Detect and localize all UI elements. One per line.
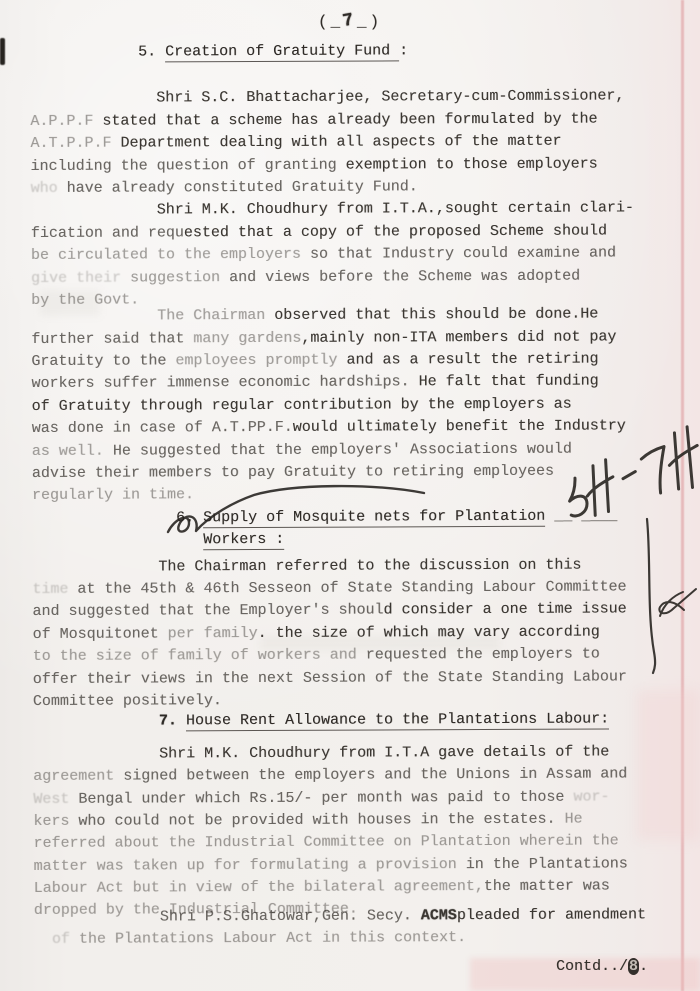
text-segment: observed that this should be done.He — [265, 306, 598, 324]
text-line: Shri S.C. Bhattacharjee, Secretary-cum-C… — [30, 86, 678, 111]
text-segment: exemption to those employers — [346, 155, 598, 173]
text-segment: 7. — [159, 713, 186, 730]
text-segment: signed between the employers and the Uni… — [114, 766, 627, 785]
text-segment: Labour Act but in view of the bilateral … — [34, 878, 484, 897]
text-line: The Chairman observed that this should b… — [31, 303, 679, 328]
text-segment: Gratuity to the — [31, 352, 175, 370]
text-segment: in the Plantations — [457, 855, 628, 873]
text-segment: regularly in time. — [32, 487, 194, 505]
paragraph-gratuity-fund-3: The Chairman observed that this should b… — [31, 303, 680, 507]
text-segment: who could not be provided with houses in… — [69, 811, 564, 830]
text-segment: employees promptly — [175, 352, 337, 370]
text-segment: many gardens — [193, 330, 301, 347]
paragraph-acms-plea: Shri P.S.Ghatowar,Gen. Secy. ACMSpleaded… — [34, 904, 682, 952]
text-segment: ested that a copy of the proposed Scheme… — [184, 222, 607, 241]
continuation-note: Contd../8. — [556, 958, 648, 975]
text-segment: House Rent Allowance to the Plantations … — [186, 711, 609, 732]
paragraph-gratuity-fund-2: Shri M.K. Choudhury from I.T.A.,sought c… — [31, 198, 679, 313]
text-segment: referred about the Industrial Committee … — [33, 833, 618, 853]
text-line: regularly in time. — [32, 483, 680, 508]
continuation-page-ref: 8 — [628, 958, 639, 975]
text-segment: requested the employers to — [366, 646, 600, 664]
text-segment: give their — [31, 269, 130, 286]
text-segment: and views before the Scheme was adopted — [220, 267, 580, 286]
text-segment: He falt that funding — [410, 373, 599, 391]
text-segment: A.P.P.F — [30, 113, 93, 130]
text-segment: fication and requ — [31, 224, 184, 242]
text-line: of Gratuity through regular contribution… — [32, 393, 680, 418]
text-line: The Chairman referred to the discussion … — [32, 554, 680, 579]
text-line: be circulated to the employers so that I… — [31, 242, 679, 267]
text-segment: suggestion — [130, 269, 220, 286]
text-line: offer their views in the next Session of… — [33, 666, 681, 691]
text-segment: ACMS — [421, 907, 457, 924]
text-line: Shri M.K. Choudhury from I.T.A.,sought c… — [31, 198, 679, 223]
text-line: advise their members to pay Gratuity to … — [32, 460, 680, 485]
text-line: Labour Act but in view of the bilateral … — [34, 875, 682, 900]
text-segment: of Mosquitonet — [33, 625, 168, 643]
text-line: Workers : — [32, 527, 680, 552]
text-line: referred about the Industrial Committee … — [33, 830, 681, 855]
text-segment: Shri P.S.Ghatowar,Gen. Secy. — [34, 907, 421, 926]
text-segment: Shri S.C. Bhattacharjee, Secretary-cum-C… — [30, 88, 624, 108]
text-segment — [30, 44, 138, 61]
text-segment: the Plantations Labour Act in this conte… — [70, 929, 466, 948]
text-segment: time — [32, 581, 68, 598]
text-line: A.T.P.P.F Department dealing with all as… — [30, 130, 678, 155]
text-line: of the Plantations Labour Act in this co… — [34, 926, 682, 951]
text-segment: He suggested that the employers' Associa… — [104, 440, 572, 459]
paragraph-mosquito-nets: The Chairman referred to the discussion … — [32, 554, 681, 714]
text-segment: matter was taken up for formulating a pr… — [34, 856, 457, 875]
text-segment: Department dealing with all aspects of t… — [111, 133, 561, 152]
text-segment — [34, 931, 52, 948]
text-line: A.P.P.F stated that a scheme has already… — [30, 108, 678, 133]
text-segment: agreement — [33, 768, 114, 785]
text-line: agreement signed between the employers a… — [33, 763, 681, 788]
text-line: to the size of family of workers and req… — [33, 643, 681, 668]
text-segment: . the size of which may vary according — [258, 623, 600, 641]
page-number: 7 — [341, 10, 358, 32]
text-segment — [33, 713, 159, 731]
text-segment: The Chairman — [31, 307, 265, 325]
scanned-document-page: (_7_) 5. Creation of Gratuity Fund : Shr… — [0, 0, 700, 991]
text-segment: d consider a one time issue — [384, 601, 627, 619]
text-segment: offer their views in the next Session of… — [33, 668, 627, 688]
text-segment: would ultimately benefit the Industry — [293, 418, 626, 436]
text-segment: 6. — [176, 509, 203, 526]
text-segment: Bengal under which Rs.15/- per month was… — [69, 788, 573, 807]
text-segment: __ ____ — [545, 507, 617, 524]
text-segment: He — [564, 810, 582, 827]
text-segment: so that Industry could examine and — [301, 245, 616, 263]
text-segment: was done in case of A.T.PP.F. — [32, 419, 293, 437]
text-segment: the matter was — [484, 878, 610, 896]
text-segment: Shri M.K. Choudhury from I.T.A.,sought c… — [31, 200, 634, 220]
section-6-heading: 6. Supply of Mosquite nets for Plantatio… — [32, 505, 680, 553]
header-open-paren: (_ — [318, 13, 343, 31]
text-segment — [32, 509, 176, 527]
text-line: Shri P.S.Ghatowar,Gen. Secy. ACMSpleaded… — [34, 904, 682, 929]
page-number-header: (_7_) — [250, 12, 450, 32]
text-segment — [32, 531, 203, 549]
text-line: including the question of granting exemp… — [30, 153, 678, 178]
text-segment: and as a result the retiring — [337, 351, 598, 369]
text-segment: workers suffer immense economic hardship… — [31, 374, 409, 393]
text-segment: Shri M.K. Choudhury from I.T.A gave deta… — [33, 743, 609, 763]
text-line: who have already constituted Gratuity Fu… — [31, 175, 679, 200]
text-segment: pleaded for amendment — [457, 906, 646, 924]
text-segment: by the Govt. — [31, 291, 139, 308]
text-line: matter was taken up for formulating a pr… — [34, 853, 682, 878]
text-segment: ,mainly non-ITA members did not pay — [301, 328, 616, 346]
text-segment: be circulated to the employers — [31, 246, 301, 264]
text-segment: advise their members to pay Gratuity to … — [32, 463, 554, 482]
text-line: fication and requested that a copy of th… — [31, 220, 679, 245]
scan-mark-left-edge — [0, 38, 5, 65]
text-segment: West — [33, 790, 69, 807]
text-segment: as well. — [32, 442, 104, 459]
text-line: further said that many gardens,mainly no… — [31, 326, 679, 351]
continuation-suffix: . — [639, 958, 648, 975]
continuation-text: Contd../ — [556, 958, 628, 975]
header-close-paren: _) — [357, 13, 382, 31]
text-segment: stated that a scheme has already been fo… — [93, 110, 597, 129]
text-segment: Committee positively. — [33, 692, 222, 710]
text-segment: of — [52, 931, 70, 948]
text-line: was done in case of A.T.PP.F.would ultim… — [32, 415, 680, 440]
text-line: 7. House Rent Allowance to the Plantatio… — [33, 708, 681, 733]
text-segment: 5. — [138, 43, 165, 60]
text-segment: further said that — [31, 330, 193, 348]
text-segment: The Chairman referred to the discussion … — [32, 556, 581, 575]
paragraph-gratuity-fund-1: Shri S.C. Bhattacharjee, Secretary-cum-C… — [30, 86, 678, 201]
text-segment: including the question of granting — [31, 156, 346, 174]
text-segment: A.T.P.P.F — [30, 135, 111, 152]
document-body: 5. Creation of Gratuity Fund : Shri S.C.… — [30, 39, 682, 951]
text-segment: who — [31, 180, 58, 197]
text-line: workers suffer immense economic hardship… — [31, 371, 679, 396]
text-line: Gratuity to the employees promptly and a… — [31, 348, 679, 373]
text-line: kers who could not be provided with hous… — [33, 808, 681, 833]
text-line: time at the 45th & 46th Sesseon of State… — [32, 576, 680, 601]
text-line: 5. Creation of Gratuity Fund : — [30, 39, 678, 64]
text-line: West Bengal under which Rs.15/- per mont… — [33, 786, 681, 811]
text-segment: per family — [168, 625, 258, 642]
text-line: give their suggestion and views before t… — [31, 265, 679, 290]
text-segment: Creation of Gratuity Fund — [165, 42, 399, 62]
text-line: and suggested that the Employer's should… — [32, 599, 680, 624]
text-segment: kers — [33, 813, 69, 830]
text-segment: at the 45th & 46th Sesseon of State Stan… — [68, 578, 626, 597]
text-segment: : — [399, 42, 408, 59]
text-line: 6. Supply of Mosquite nets for Plantatio… — [32, 505, 680, 530]
text-segment: have already constituted Gratuity Fund. — [58, 178, 418, 197]
text-segment: to the size of family of workers and — [33, 647, 366, 665]
text-line: of Mosquitonet per family. the size of w… — [33, 621, 681, 646]
text-segment: of Gratuity through regular contribution… — [32, 395, 572, 414]
text-line: Shri M.K. Choudhury from I.T.A gave deta… — [33, 741, 681, 766]
text-segment: and suggested that the Employer's shoul — [32, 602, 383, 621]
text-segment: Supply of Mosquite nets for Plantation — [203, 508, 545, 528]
text-segment: wor- — [573, 788, 609, 805]
section-5-heading: 5. Creation of Gratuity Fund : — [30, 39, 678, 64]
text-line: as well. He suggested that the employers… — [32, 438, 680, 463]
paragraph-house-rent: Shri M.K. Choudhury from I.T.A gave deta… — [33, 741, 682, 923]
section-7-heading: 7. House Rent Allowance to the Plantatio… — [33, 708, 681, 733]
text-segment: Workers : — [203, 531, 284, 550]
